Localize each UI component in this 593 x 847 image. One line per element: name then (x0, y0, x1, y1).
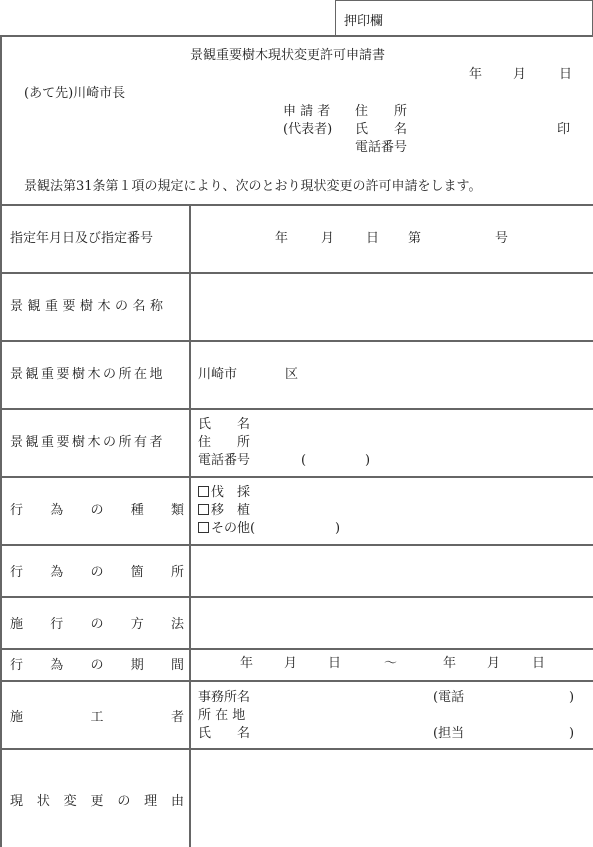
contractor-location-label[interactable]: 所 在 地 (198, 707, 245, 724)
applicant-label: 申 請 者 (283, 103, 330, 120)
label-reason: 現状変更の理由 (10, 791, 184, 808)
option-other[interactable]: その他( (198, 520, 255, 537)
paren-close: ) (569, 725, 574, 742)
option-transplant[interactable]: 移 植 (198, 502, 250, 519)
period-start-year[interactable]: 年 (240, 655, 253, 672)
other-paren-close: ) (335, 520, 340, 537)
date-month: 月 (513, 66, 526, 83)
location-ward[interactable]: 区 (285, 366, 298, 383)
column-divider (189, 204, 191, 847)
label-action-place: 行為の箇所 (10, 562, 184, 579)
owner-address-label[interactable]: 住 所 (198, 434, 250, 451)
period-start-day[interactable]: 日 (328, 655, 341, 672)
divider (2, 680, 593, 682)
representative-label: (代表者) (283, 121, 332, 138)
period-tilde: ～ (384, 655, 397, 672)
designation-no-prefix: 第 (408, 230, 421, 247)
application-form: 景観重要樹木現状変更許可申請書 年 月 日 (あて先)川崎市長 申 請 者 住 … (0, 35, 593, 847)
contractor-office-label[interactable]: 事務所名 (198, 689, 250, 706)
checkbox-icon[interactable] (198, 486, 209, 497)
checkbox-icon[interactable] (198, 522, 209, 533)
contractor-name-label[interactable]: 氏 名 (198, 725, 250, 742)
period-end-year[interactable]: 年 (443, 655, 456, 672)
paren-open: ( (301, 452, 306, 469)
form-title: 景観重要樹木現状変更許可申請書 (190, 47, 385, 64)
label-contractor: 施工者 (10, 707, 184, 724)
period-end-month[interactable]: 月 (487, 655, 500, 672)
owner-phone-label[interactable]: 電話番号 (198, 452, 250, 469)
label-tree-location: 景観重要樹木の所在地 (10, 366, 165, 383)
paren-close: ) (569, 689, 574, 706)
tree-name-field[interactable] (194, 274, 591, 340)
owner-name-label[interactable]: 氏 名 (198, 416, 250, 433)
label-method: 施行の方法 (10, 614, 184, 631)
label-tree-owner: 景観重要樹木の所有者 (10, 434, 165, 451)
applicant-name-label: 氏 名 (355, 121, 407, 138)
designation-no-suffix[interactable]: 号 (495, 230, 508, 247)
label-tree-name: 景観重要樹木の名称 (10, 298, 168, 315)
checkbox-icon[interactable] (198, 504, 209, 515)
location-city: 川崎市 (198, 366, 237, 383)
statement: 景観法第31条第１項の規定により、次のとおり現状変更の許可申請をします。 (24, 178, 482, 195)
period-end-day[interactable]: 日 (532, 655, 545, 672)
applicant-address-label: 住 所 (355, 103, 407, 120)
option-felling[interactable]: 伐 採 (198, 484, 250, 501)
contractor-phone-label[interactable]: (電話 (433, 689, 464, 706)
date-day: 日 (559, 66, 572, 83)
label-designation: 指定年月日及び指定番号 (10, 230, 153, 247)
divider (2, 204, 593, 206)
divider (2, 340, 593, 342)
designation-day[interactable]: 日 (366, 230, 379, 247)
stamp-box: 押印欄 (335, 0, 593, 36)
designation-month[interactable]: 月 (321, 230, 334, 247)
label-period: 行為の期間 (10, 655, 184, 672)
divider (2, 648, 593, 650)
applicant-phone-label: 電話番号 (355, 139, 407, 156)
divider (2, 408, 593, 410)
addressee: (あて先)川崎市長 (24, 85, 125, 102)
label-action-type: 行為の種類 (10, 500, 184, 517)
date-year: 年 (469, 66, 482, 83)
method-field[interactable] (194, 598, 591, 648)
paren-close: ) (365, 452, 370, 469)
reason-field[interactable] (194, 750, 591, 846)
divider (2, 476, 593, 478)
designation-year[interactable]: 年 (275, 230, 288, 247)
period-start-month[interactable]: 月 (284, 655, 297, 672)
stamp-label: 押印欄 (344, 10, 383, 29)
action-place-field[interactable] (194, 546, 591, 596)
seal-mark: 印 (557, 121, 570, 138)
contractor-contact-label[interactable]: (担当 (433, 725, 464, 742)
